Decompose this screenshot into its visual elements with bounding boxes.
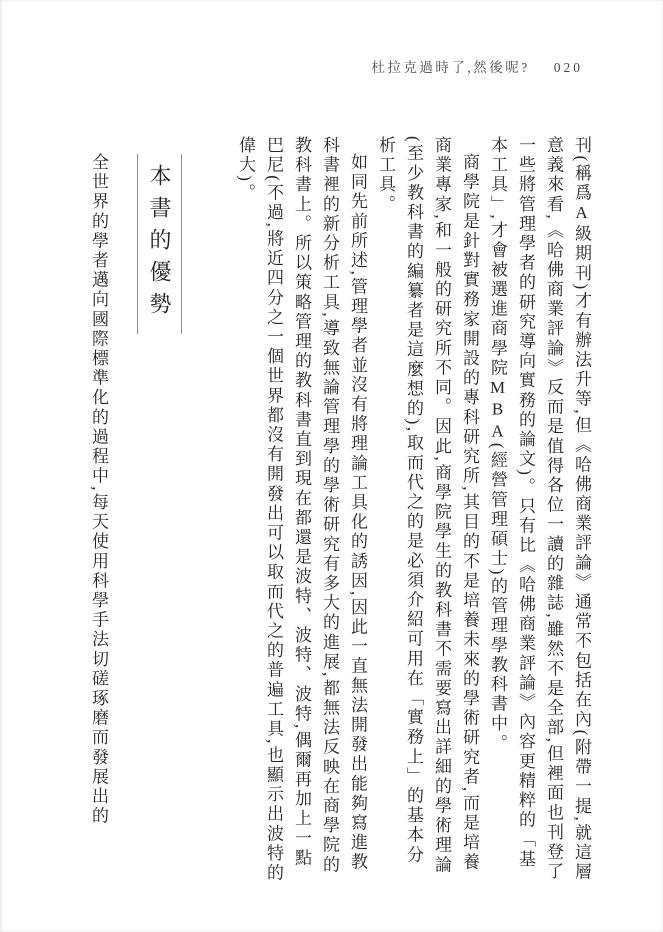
paragraph-textbook-tools: 如同先前所述,管理學者並沒有將理論工具化的誘因,因此一直無法開發出能夠寫進教科書…	[231, 136, 371, 884]
main-text-block: 刊(稱爲A級期刊)才有辦法升等,但《哈佛商業評論》通常不包括在內(附帶一提,就這…	[231, 136, 595, 884]
running-head: 杜拉克過時了,然後呢? 020	[371, 56, 583, 76]
book-page: 杜拉克過時了,然後呢? 020 刊(稱爲A級期刊)才有辦法升等,但《哈佛商業評論…	[0, 0, 663, 932]
section-heading: 本書的優勢	[137, 154, 182, 334]
section-opening-text-block: 全世界的學者邁向國際標準化的過程中,每天使用科學手法切磋琢磨而發展出的	[84, 136, 112, 884]
page-number: 020	[554, 60, 583, 76]
paragraph-journal-ranking: 刊(稱爲A級期刊)才有辦法升等,但《哈佛商業評論》通常不包括在內(附帶一提,就這…	[483, 136, 595, 884]
paragraph-business-school: 商學院是針對實務家開設的專科研究所,其目的不是培養未來的學術研究者,而是培養商業…	[371, 136, 483, 884]
paragraph-section-opening: 全世界的學者邁向國際標準化的過程中,每天使用科學手法切磋琢磨而發展出的	[84, 136, 112, 884]
running-head-title: 杜拉克過時了,然後呢?	[371, 56, 529, 76]
